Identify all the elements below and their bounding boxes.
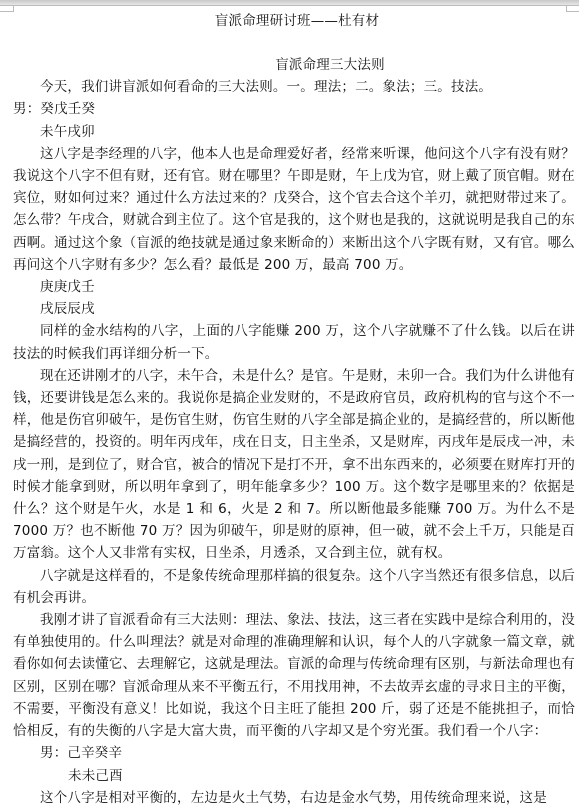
bazi-chart-1-branches: 未午戌卯: [13, 121, 575, 143]
page-corner-mark-left: [0, 6, 14, 12]
blank-line: [13, 32, 575, 54]
bazi-chart-2-branches: 戌辰辰戌: [13, 298, 575, 320]
window-top-border: [0, 0, 579, 6]
bazi-chart-1-stems: 男：癸戊壬癸: [13, 98, 575, 120]
bazi-chart-3-stems: 男：己辛癸辛: [13, 742, 575, 756]
section-heading: 盲派命理三大法则: [13, 54, 575, 76]
paragraph-analysis-1: 这八字是李经理的八字，他本人也是命理爱好者，经常来听课，他问这个八字有没有财？我…: [13, 143, 575, 276]
document-title: 盲派命理研讨班——杜有材: [13, 10, 575, 32]
paragraph-three-rules: 我刚才讲了盲派看命有三大法则：理法、象法、技法，这三者在实践中是综合利用的，没有…: [13, 609, 575, 742]
document-page: 盲派命理研讨班——杜有材 盲派命理三大法则 今天，我们讲盲派如何看命的三大法则。…: [13, 10, 575, 756]
paragraph-summary: 八字就是这样看的，不是象传统命理那样搞的很复杂。这个八字当然还有很多信息，以后有…: [13, 565, 575, 609]
paragraph-intro: 今天，我们讲盲派如何看命的三大法则。一。理法；二。象法；三。技法。: [13, 76, 575, 98]
bazi-chart-2-stems: 庚庚戊壬: [13, 276, 575, 298]
paragraph-analysis-3: 现在还讲刚才的八字，未午合，未是什么？是官。午是财，未卯一合。我们为什么讲他有钱…: [13, 365, 575, 565]
paragraph-analysis-2: 同样的金水结构的八字，上面的八字能赚 200 万，这个八字就赚不了什么钱。以后在…: [13, 320, 575, 364]
